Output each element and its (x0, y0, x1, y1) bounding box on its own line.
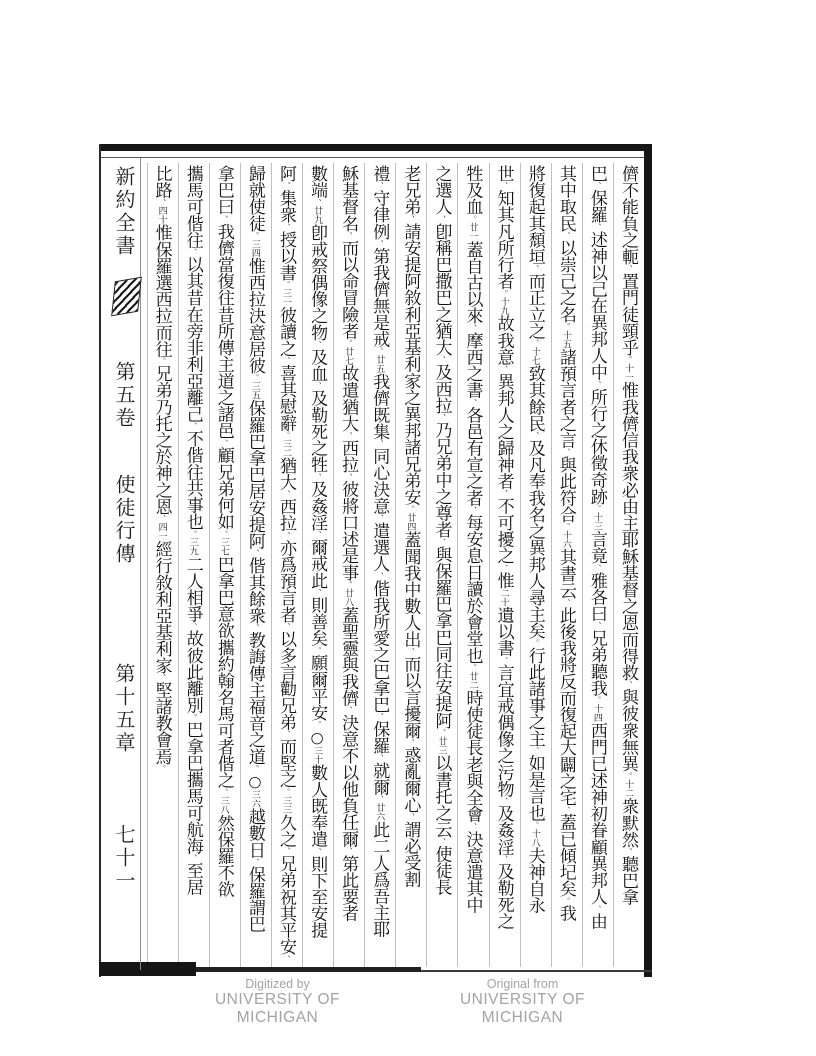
text-column-1: 儕不能負之軛、置門徒頸乎。十一惟我儕信我衆必由主耶穌基督之恩而得救、與彼衆無異。… (613, 163, 644, 967)
verse-number: 二十 (499, 588, 509, 606)
main-text-block: 儕不能負之軛、置門徒頸乎。十一惟我儕信我衆必由主耶穌基督之恩而得救、與彼衆無異。… (146, 163, 644, 967)
verse-number: 十四 (592, 704, 602, 722)
section-ring: ○ (308, 729, 326, 747)
text-column-10: 穌基督名、而以命冒險者。廿七故遣猶大、西拉、彼將口述是事。廿八蓋聖靈與我儕、決意… (333, 163, 364, 967)
digitized-by-attribution: Digitized by UNIVERSITY OF MICHIGAN (180, 977, 375, 1027)
verse-number: 三三 (281, 796, 291, 814)
page-border-left (99, 144, 101, 977)
verse-number: 十六 (561, 531, 571, 549)
verse-number: 廿九 (312, 206, 322, 224)
verse-number: 廿一 (468, 223, 478, 241)
digitized-by-label: Digitized by (180, 977, 375, 991)
original-from-org: UNIVERSITY OF MICHIGAN (425, 991, 620, 1027)
text-column-16: 比路、四十惟保羅選西拉而往。兄弟乃托之於神之恩、四一經行敘利亞基利家、堅諸教會焉… (147, 163, 178, 967)
verse-number: 三六 (250, 790, 260, 808)
chapter-label: 第十五章 (110, 663, 138, 755)
text-column-14: 拿巴曰、我儕當復往昔所傳主道之諸邑、顧兄弟何如。三七巴拿巴意欲攜約翰名馬可者偕之… (209, 163, 240, 967)
verse-number: 十九 (499, 297, 509, 315)
text-column-9: 禮、守律例、第我儕無是戒。廿五我儕既集、同心決意、遣選人、偕我所愛之巴拿巴、保羅… (364, 163, 395, 967)
verse-number: 四十 (157, 206, 167, 224)
verse-number: 廿七 (343, 347, 353, 365)
verse-number: 三四 (250, 239, 260, 257)
text-column-4: 將復起其頹垣、而正立之、十七致其餘民、及凡奉我名之異邦人尋主矣。行此諸事之主、如… (520, 163, 551, 967)
verse-number: 廿四 (405, 513, 415, 531)
verse-number: 三十 (312, 746, 322, 764)
text-column-12: 阿、集衆、授以書。三一彼讀之、喜其慰辭。三二猶大、西拉、亦爲預言者、以多言勸兄弟… (271, 163, 302, 967)
verse-number: 三五 (250, 382, 260, 400)
verse-number: 廿五 (374, 355, 384, 373)
text-column-6: 牲及血。廿一蓋自古以來、摩西之書、各邑有宣之者、每安息日讀於會堂也。廿二時使徒長… (457, 163, 488, 967)
section-label: 使徒行傳 (110, 474, 138, 566)
verse-number: 三八 (219, 796, 229, 814)
verse-number: 廿八 (343, 588, 353, 606)
verse-number: 四一 (157, 523, 167, 541)
verse-number: 十八 (530, 829, 540, 847)
page-border-top (99, 144, 652, 151)
verse-number: 十一 (623, 364, 633, 382)
verse-number: 三二 (281, 439, 291, 457)
text-column-8: 老兄弟、請安提阿敘利亞基利家之異邦諸兄弟安。廿四蓋聞我中數人出、而以言擾爾、惑亂… (395, 163, 426, 967)
verse-number: 廿六 (374, 803, 384, 821)
text-column-2: 巴、保羅、述神以己在異邦人中、所行之休徵奇跡。十三言竟、雅各曰、兄弟聽我。十四西… (582, 163, 613, 967)
digitized-by-org: UNIVERSITY OF MICHIGAN (180, 991, 375, 1027)
text-column-15: 攜馬可偕往、以其昔在旁非利亞離己、不偕往共事也。三九二人相爭、故彼此離別。巴拿巴… (178, 163, 209, 967)
text-column-5: 世、知其凡所行者。十九故我意、異邦人之歸神者、不可擾之、惟二十遺以書、言宜戒偶像… (489, 163, 520, 967)
text-column-13: 歸就使徒。三四惟西拉決意居彼。三五保羅巴拿巴居安提阿、偕其餘衆、教誨傳主福音之道… (240, 163, 271, 967)
section-ring: ○ (246, 773, 264, 791)
page-border-bottom-thick (196, 967, 421, 972)
verse-number: 三七 (219, 538, 229, 556)
page-border-right (644, 144, 652, 977)
volume-label: 第五卷 (110, 361, 138, 430)
original-from-label: Original from (425, 977, 620, 991)
verse-number: 十五 (561, 330, 571, 348)
text-column-3: 其中取民、以崇己之名。十五諸預言者之言、與此符合。十六其書云、此後我將反而復起大… (551, 163, 582, 967)
original-from-attribution: Original from UNIVERSITY OF MICHIGAN (425, 977, 620, 1027)
text-column-11: 數端、廿九卽戒祭偶像之物、及血、及勒死之牲、及姦淫、爾戒此、則善矣。願爾平安。○… (302, 163, 333, 967)
verse-number: 廿三 (436, 737, 446, 755)
verse-number: 三九 (188, 538, 198, 556)
text-column-7: 之選人、卽稱巴撒巴之猶大、及西拉、乃兄弟中之尊者、與保羅巴拿巴同往安提阿、廿三以… (426, 163, 457, 967)
verse-number: 十三 (592, 513, 602, 531)
folio-number: 七十一 (110, 824, 138, 893)
book-title: 新約全書 (110, 166, 138, 258)
verse-number: 廿二 (468, 671, 478, 689)
verse-number: 三一 (281, 289, 291, 307)
page-border-top-inner (99, 157, 648, 158)
ink-stamp-mark-icon (111, 277, 142, 317)
verse-number: 十七 (530, 347, 540, 365)
verse-number: 十二 (623, 780, 633, 798)
